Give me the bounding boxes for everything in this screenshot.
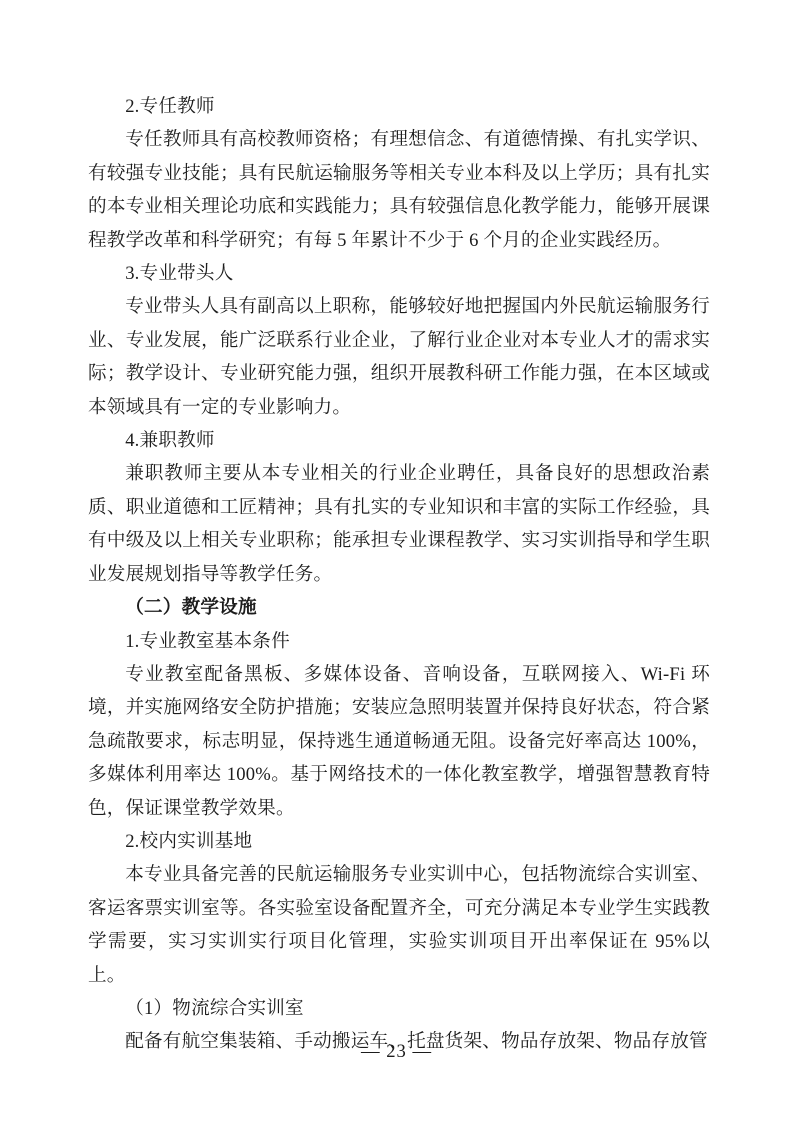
body-paragraph: 本专业具备完善的民航运输服务专业实训中心，包括物流综合实训室、客运客票实训室等。…	[88, 858, 710, 992]
body-paragraph: 专业教室配备黑板、多媒体设备、音响设备，互联网接入、Wi-Fi 环境，并实施网络…	[88, 658, 710, 825]
numbered-heading: 2.校内实训基地	[88, 825, 710, 858]
numbered-heading: 2.专任教师	[88, 90, 710, 123]
section-heading: （二）教学设施	[88, 591, 710, 624]
document-page: 2.专任教师 专任教师具有高校教师资格；有理想信念、有道德情操、有扎实学识、有较…	[0, 0, 793, 1122]
body-paragraph: 专业带头人具有副高以上职称，能够较好地把握国内外民航运输服务行业、专业发展，能广…	[88, 290, 710, 424]
numbered-heading: 3.专业带头人	[88, 257, 710, 290]
numbered-heading: （1）物流综合实训室	[88, 992, 710, 1025]
numbered-heading: 4.兼职教师	[88, 424, 710, 457]
page-number: — 23 —	[0, 1040, 793, 1064]
document-body: 2.专任教师 专任教师具有高校教师资格；有理想信念、有道德情操、有扎实学识、有较…	[88, 90, 710, 1059]
body-paragraph: 专任教师具有高校教师资格；有理想信念、有道德情操、有扎实学识、有较强专业技能；具…	[88, 123, 710, 257]
body-paragraph: 兼职教师主要从本专业相关的行业企业聘任，具备良好的思想政治素质、职业道德和工匠精…	[88, 457, 710, 591]
numbered-heading: 1.专业教室基本条件	[88, 625, 710, 658]
